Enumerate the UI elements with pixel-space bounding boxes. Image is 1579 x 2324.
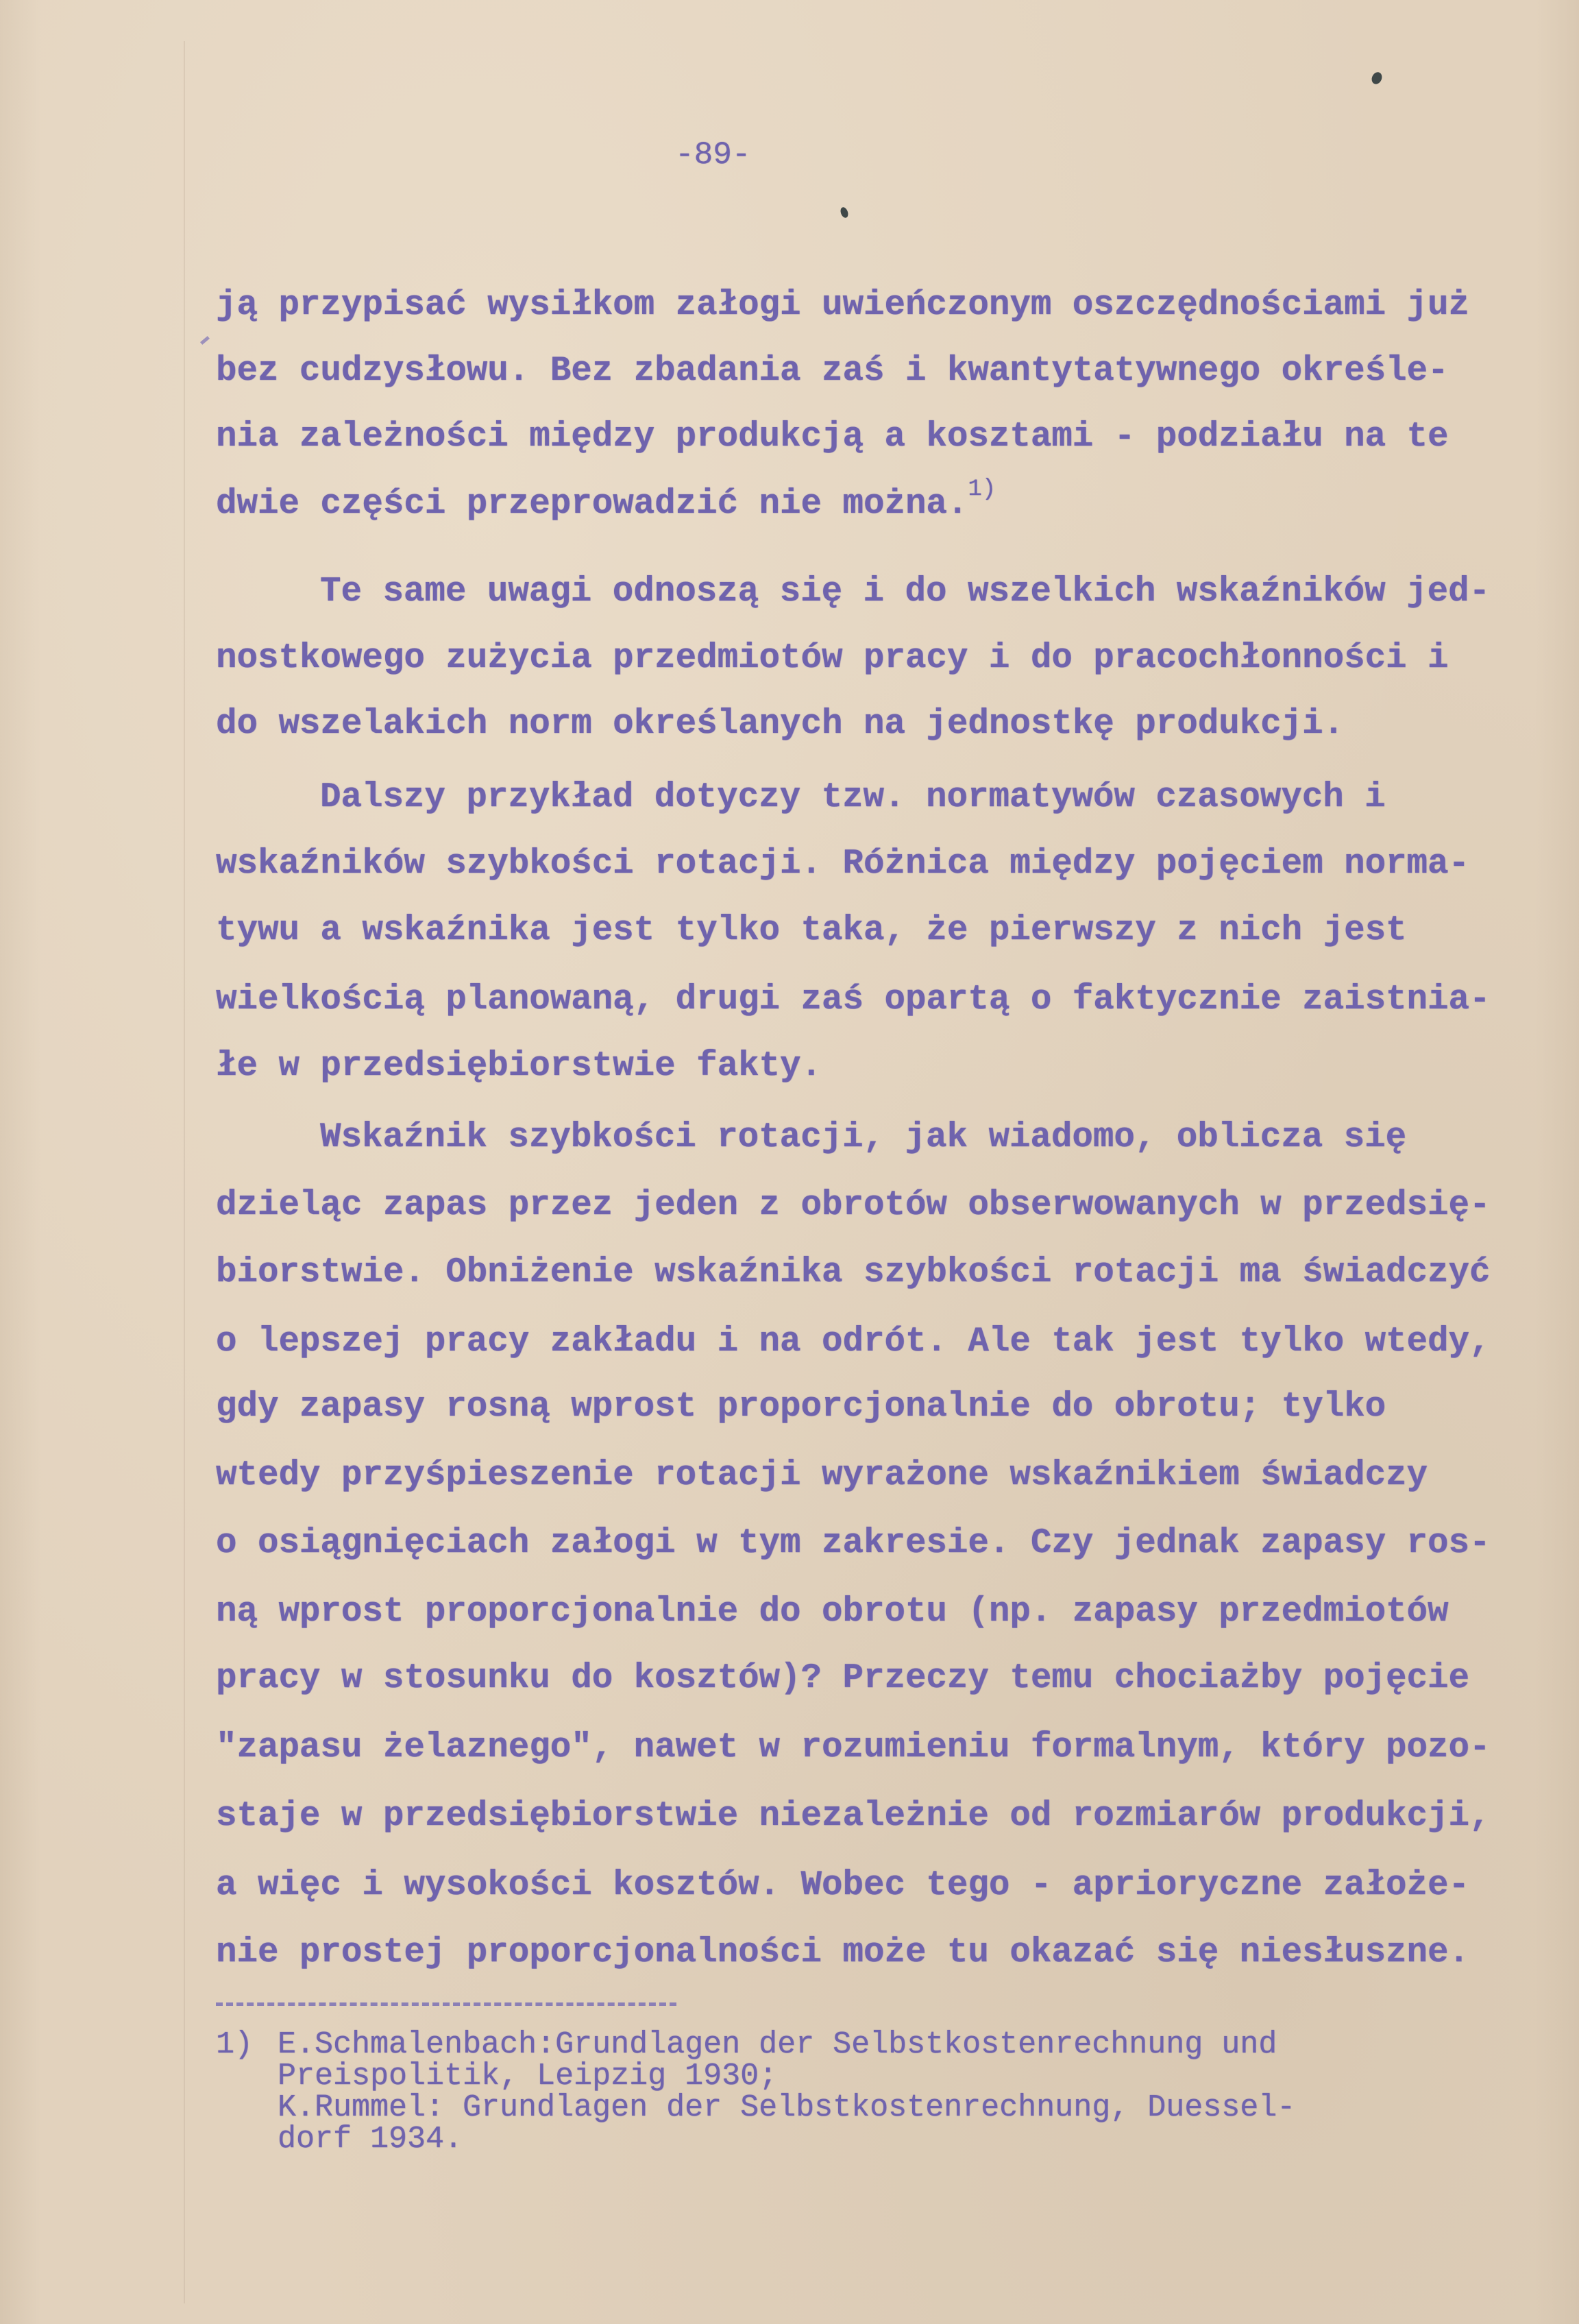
line-text: Te same uwagi odnoszą się i do wszelkich… — [320, 572, 1490, 612]
line-text: wskaźników szybkości rotacji. Różnica mi… — [216, 845, 1469, 884]
footnote-line: E.Schmalenbach:Grundlagen der Selbstkost… — [278, 2028, 1277, 2062]
text-line: dzieląc zapas przez jeden z obrotów obse… — [216, 1185, 1490, 1226]
text-line: "zapasu żelaznego", nawet w rozumieniu f… — [216, 1728, 1490, 1769]
text-line: nie prostej proporcjonalności może tu ok… — [216, 1933, 1469, 1974]
line-text: gdy zapasy rosną wprost proporcjonalnie … — [216, 1388, 1386, 1427]
line-text: o lepszej pracy zakładu i na odrót. Ale … — [216, 1322, 1490, 1361]
paragraph-first-line: Wskaźnik szybkości rotacji, jak wiadomo,… — [320, 1117, 1406, 1159]
footnote-separator — [216, 2002, 676, 2006]
line-text: biorstwie. Obniżenie wskaźnika szybkości… — [216, 1253, 1490, 1292]
text-line: a więc i wysokości kosztów. Wobec tego -… — [216, 1865, 1469, 1907]
line-text: Dalszy przykład dotyczy tzw. normatywów … — [320, 778, 1386, 817]
paragraph-first-line: Te same uwagi odnoszą się i do wszelkich… — [320, 572, 1490, 613]
line-text: wtedy przyśpieszenie rotacji wyrażone ws… — [216, 1456, 1428, 1495]
footnote-marker: 1) — [216, 2028, 253, 2062]
text-line: nostkowego zużycia przedmiotów pracy i d… — [216, 638, 1449, 679]
line-text: tywu a wskaźnika jest tylko taka, że pie… — [216, 911, 1407, 950]
text-line: wskaźników szybkości rotacji. Różnica mi… — [216, 844, 1469, 885]
line-text: Wskaźnik szybkości rotacji, jak wiadomo,… — [320, 1118, 1406, 1157]
text-line: ną wprost proporcjonalnie do obrotu (np.… — [216, 1592, 1449, 1633]
text-line: ją przypisać wysiłkom załogi uwieńczonym… — [216, 285, 1469, 326]
text-line: o osiągnięciach załogi w tym zakresie. C… — [216, 1523, 1490, 1564]
margin-fold-line — [184, 41, 185, 2303]
text-line: dwie części przeprowadzić nie można.1) — [216, 484, 996, 528]
text-line: o lepszej pracy zakładu i na odrót. Ale … — [216, 1322, 1490, 1363]
line-text: ną wprost proporcjonalnie do obrotu (np.… — [216, 1593, 1449, 1632]
line-text: ją przypisać wysiłkom załogi uwieńczonym… — [216, 286, 1469, 325]
text-line: łe w przedsiębiorstwie fakty. — [216, 1046, 822, 1087]
line-text: staje w przedsiębiorstwie niezależnie od… — [216, 1797, 1490, 1836]
text-line: do wszelakich norm określanych na jednos… — [216, 704, 1344, 745]
text-line: pracy w stosunku do kosztów)? Przeczy te… — [216, 1658, 1469, 1699]
line-text: "zapasu żelaznego", nawet w rozumieniu f… — [216, 1728, 1490, 1767]
line-text: dzieląc zapas przez jeden z obrotów obse… — [216, 1186, 1490, 1225]
page-number: -89- — [675, 134, 750, 175]
text-line: bez cudzysłowu. Bez zbadania zaś i kwant… — [216, 351, 1449, 392]
line-text: pracy w stosunku do kosztów)? Przeczy te… — [216, 1659, 1469, 1698]
line-text: a więc i wysokości kosztów. Wobec tego -… — [216, 1866, 1469, 1905]
line-text: do wszelakich norm określanych na jednos… — [216, 705, 1344, 744]
paper-background — [0, 0, 1579, 2324]
line-text: nia zależności między produkcją a koszta… — [216, 417, 1449, 457]
line-text: łe w przedsiębiorstwie fakty. — [216, 1047, 822, 1086]
text-line: nia zależności między produkcją a koszta… — [216, 417, 1449, 458]
text-line: staje w przedsiębiorstwie niezależnie od… — [216, 1796, 1490, 1837]
text-line: biorstwie. Obniżenie wskaźnika szybkości… — [216, 1252, 1490, 1294]
line-text: o osiągnięciach załogi w tym zakresie. C… — [216, 1524, 1490, 1563]
footnote-line: Preispolitik, Leipzig 1930; — [278, 2059, 777, 2094]
text-line: wielkością planowaną, drugi zaś opartą o… — [216, 980, 1490, 1021]
paragraph-first-line: Dalszy przykład dotyczy tzw. normatywów … — [320, 777, 1386, 819]
text-line: gdy zapasy rosną wprost proporcjonalnie … — [216, 1387, 1386, 1428]
footnote-line: dorf 1934. — [278, 2122, 463, 2157]
line-text: nostkowego zużycia przedmiotów pracy i d… — [216, 639, 1449, 678]
line-text: wielkością planowaną, drugi zaś opartą o… — [216, 980, 1490, 1019]
footnote-reference[interactable]: 1) — [968, 476, 996, 503]
text-line: wtedy przyśpieszenie rotacji wyrażone ws… — [216, 1455, 1428, 1497]
text-line: tywu a wskaźnika jest tylko taka, że pie… — [216, 910, 1407, 952]
line-text: dwie części przeprowadzić nie można. — [216, 485, 968, 524]
footnote-line: K.Rummel: Grundlagen der Selbstkostenrec… — [278, 2091, 1295, 2125]
line-text: bez cudzysłowu. Bez zbadania zaś i kwant… — [216, 352, 1449, 391]
line-text: nie prostej proporcjonalności może tu ok… — [216, 1933, 1469, 1972]
